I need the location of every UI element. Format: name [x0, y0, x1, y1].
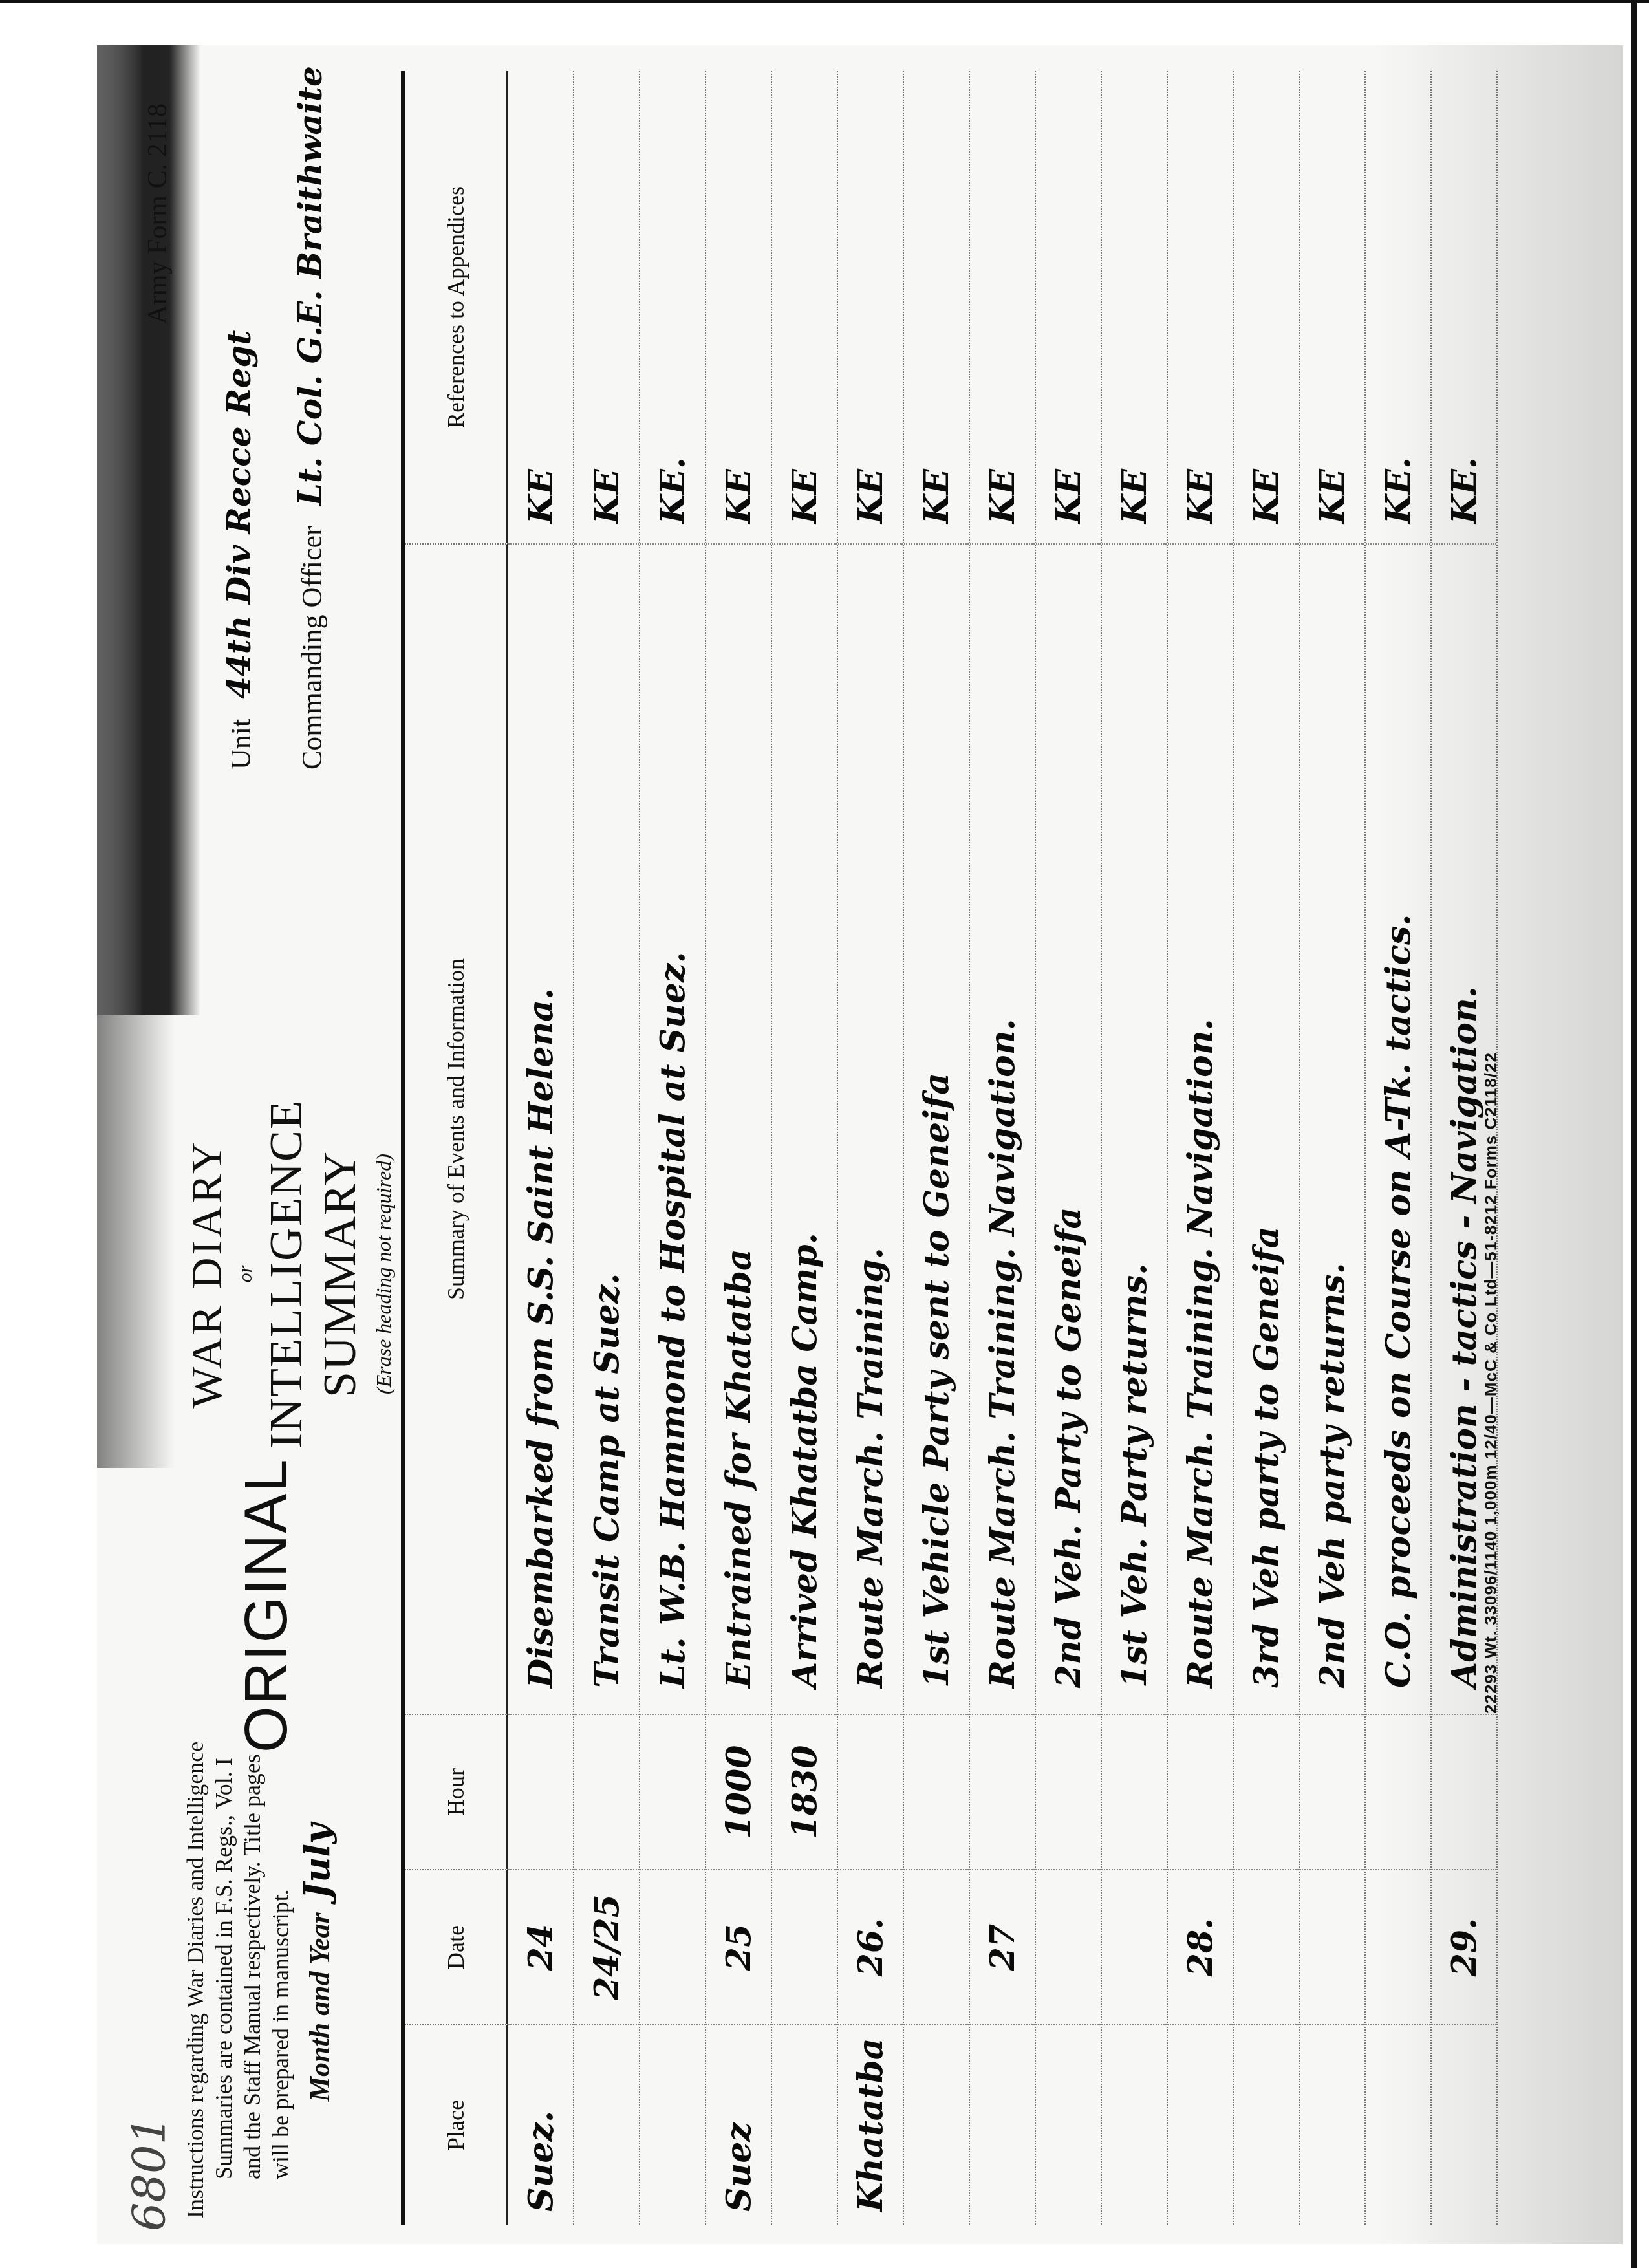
table-row: 1st Vehicle Party sent to GeneifaKE — [904, 71, 970, 2225]
cell-hour — [1432, 1714, 1496, 1869]
cell-place — [904, 2024, 969, 2225]
cell-date: 25 — [706, 1869, 771, 2024]
column-header-summary: Summary of Events and Information — [405, 543, 508, 1714]
cell-hour: 1830 — [772, 1714, 837, 1869]
cell-reference: KE. — [1432, 71, 1496, 543]
commanding-officer-value: Lt. Col. G.E. Braithwaite — [291, 66, 329, 506]
cell-hour — [1234, 1714, 1299, 1869]
cell-date — [772, 1869, 837, 2024]
cell-hour: 1000 — [706, 1714, 771, 1869]
cell-reference: KE. — [640, 71, 705, 543]
scan-border-top — [0, 0, 1649, 3]
table-row: Suez251000Entrained for KhatatbaKE — [706, 71, 772, 2225]
month-year-label: Month and Year — [304, 1912, 336, 2102]
cell-reference: KE — [1168, 71, 1233, 543]
table-row: Suez.24Disembarked from S.S. Saint Helen… — [508, 71, 574, 2225]
cell-date: 24/25 — [574, 1869, 639, 2024]
form-number: Army Form C. 2118 — [142, 103, 173, 324]
cell-reference: KE — [1234, 71, 1299, 543]
cell-date — [640, 1869, 705, 2024]
cell-date — [1102, 1869, 1167, 2024]
cell-summary: Disembarked from S.S. Saint Helena. — [508, 543, 573, 1714]
table-row: 27Route March. Training. Navigation.KE — [970, 71, 1036, 2225]
cell-reference: KE — [1102, 71, 1167, 543]
table-row: Khatatba26.Route March. Training.KE — [838, 71, 904, 2225]
cell-reference: KE — [1300, 71, 1364, 543]
table-row: 3rd Veh party to GeneifaKE — [1234, 71, 1300, 2225]
cell-summary: Route March. Training. Navigation. — [970, 543, 1035, 1714]
cell-place — [1168, 2024, 1233, 2225]
cell-date — [1300, 1869, 1364, 2024]
cell-hour — [1300, 1714, 1364, 1869]
column-header-place: Place — [405, 2024, 508, 2225]
cell-place — [772, 2024, 837, 2225]
unit-field: Unit 44th Div Recce Regt — [220, 330, 258, 770]
cell-summary: Route March. Training. Navigation. — [1168, 543, 1233, 1714]
table-row: 24/25Transit Camp at Suez.KE — [574, 71, 640, 2225]
column-header-date: Date — [405, 1869, 508, 2024]
cell-date: 27 — [970, 1869, 1035, 2024]
table-row: Lt. W.B. Hammond to Hospital at Suez.KE. — [640, 71, 706, 2225]
table-row: C.O. proceeds on Course on A-Tk. tactics… — [1366, 71, 1432, 2225]
cell-place: Suez — [706, 2024, 771, 2225]
cell-date — [904, 1869, 969, 2024]
cell-date: 24 — [508, 1869, 573, 2024]
cell-hour — [1366, 1714, 1430, 1869]
cell-hour — [574, 1714, 639, 1869]
cell-place — [1300, 2024, 1364, 2225]
cell-summary: Transit Camp at Suez. — [574, 543, 639, 1714]
table-row: 2nd Veh. Party to GeneifaKE — [1036, 71, 1102, 2225]
cell-place — [1432, 2024, 1496, 2225]
cell-date: 29. — [1432, 1869, 1496, 2024]
cell-reference: KE — [1036, 71, 1101, 543]
cell-reference: KE — [508, 71, 573, 543]
cell-place: Suez. — [508, 2024, 573, 2225]
cell-hour — [640, 1714, 705, 1869]
cell-hour — [904, 1714, 969, 1869]
cell-place — [1102, 2024, 1167, 2225]
table-row: 1830Arrived Khatatba Camp.KE — [772, 71, 838, 2225]
cell-hour — [838, 1714, 903, 1869]
cell-summary: 1st Vehicle Party sent to Geneifa — [904, 543, 969, 1714]
title-or: or — [235, 983, 257, 1565]
column-header-references: References to Appendices — [405, 71, 508, 543]
cell-place — [574, 2024, 639, 2225]
cell-place — [970, 2024, 1035, 2225]
printer-imprint: 22293 Wt. 33096/1140 1,000m 12/40—McC & … — [1481, 1052, 1501, 1714]
cell-summary: 2nd Veh. Party to Geneifa — [1036, 543, 1101, 1714]
cell-place — [640, 2024, 705, 2225]
cell-reference: KE — [904, 71, 969, 543]
cell-reference: KE — [574, 71, 639, 543]
cell-summary: 3rd Veh party to Geneifa — [1234, 543, 1299, 1714]
cell-date: 26. — [838, 1869, 903, 2024]
cell-summary: Entrained for Khatatba — [706, 543, 771, 1714]
month-year-value: July — [296, 1824, 338, 1899]
instructions-line: Instructions regarding War Diaries and I… — [181, 1636, 210, 2218]
cell-reference: KE — [772, 71, 837, 543]
cell-hour — [1102, 1714, 1167, 1869]
title-note: (Erase heading not required) — [372, 983, 396, 1565]
commanding-officer-field: Commanding Officer Lt. Col. G.E. Braithw… — [291, 66, 329, 770]
cell-hour — [1168, 1714, 1233, 1869]
unit-value: 44th Div Recce Regt — [220, 330, 258, 699]
cell-place — [1366, 2024, 1430, 2225]
diary-table: Place Date Hour Summary of Events and In… — [401, 71, 1504, 2225]
cell-summary: Lt. W.B. Hammond to Hospital at Suez. — [640, 543, 705, 1714]
cell-summary: 2nd Veh party returns. — [1300, 543, 1364, 1714]
cell-date — [1234, 1869, 1299, 2024]
cell-reference: KE — [970, 71, 1035, 543]
cell-reference: KE — [706, 71, 771, 543]
cell-summary: Arrived Khatatba Camp. — [772, 543, 837, 1714]
cell-summary: Route March. Training. — [838, 543, 903, 1714]
cell-date — [1366, 1869, 1430, 2024]
form-title: WAR DIARY or INTELLIGENCE SUMMARY (Erase… — [181, 983, 396, 1565]
title-war-diary: WAR DIARY — [181, 983, 232, 1565]
column-header-hour: Hour — [405, 1714, 508, 1869]
table-row: 2nd Veh party returns.KE — [1300, 71, 1366, 2225]
cell-summary: 1st Veh. Party returns. — [1102, 543, 1167, 1714]
scan-border-right — [1631, 0, 1637, 2268]
commanding-officer-label: Commanding Officer — [296, 526, 328, 770]
cell-place — [1036, 2024, 1101, 2225]
folio-number: 6801 — [123, 2116, 176, 2231]
month-year-field: Month and Year July — [303, 1636, 334, 2218]
unit-label: Unit — [225, 719, 257, 770]
cell-place — [1234, 2024, 1299, 2225]
cell-place: Khatatba — [838, 2024, 903, 2225]
cell-date: 28. — [1168, 1869, 1233, 2024]
cell-reference: KE. — [1366, 71, 1430, 543]
war-diary-form: 6801 Instructions regarding War Diaries … — [97, 58, 1520, 2244]
table-row: 1st Veh. Party returns.KE — [1102, 71, 1168, 2225]
table-row: 28.Route March. Training. Navigation.KE — [1168, 71, 1234, 2225]
cell-hour — [1036, 1714, 1101, 1869]
cell-hour — [508, 1714, 573, 1869]
cell-hour — [970, 1714, 1035, 1869]
cell-date — [1036, 1869, 1101, 2024]
cell-reference: KE — [838, 71, 903, 543]
title-intelligence-summary: INTELLIGENCE SUMMARY — [259, 983, 367, 1565]
cell-summary: C.O. proceeds on Course on A-Tk. tactics… — [1366, 543, 1430, 1714]
